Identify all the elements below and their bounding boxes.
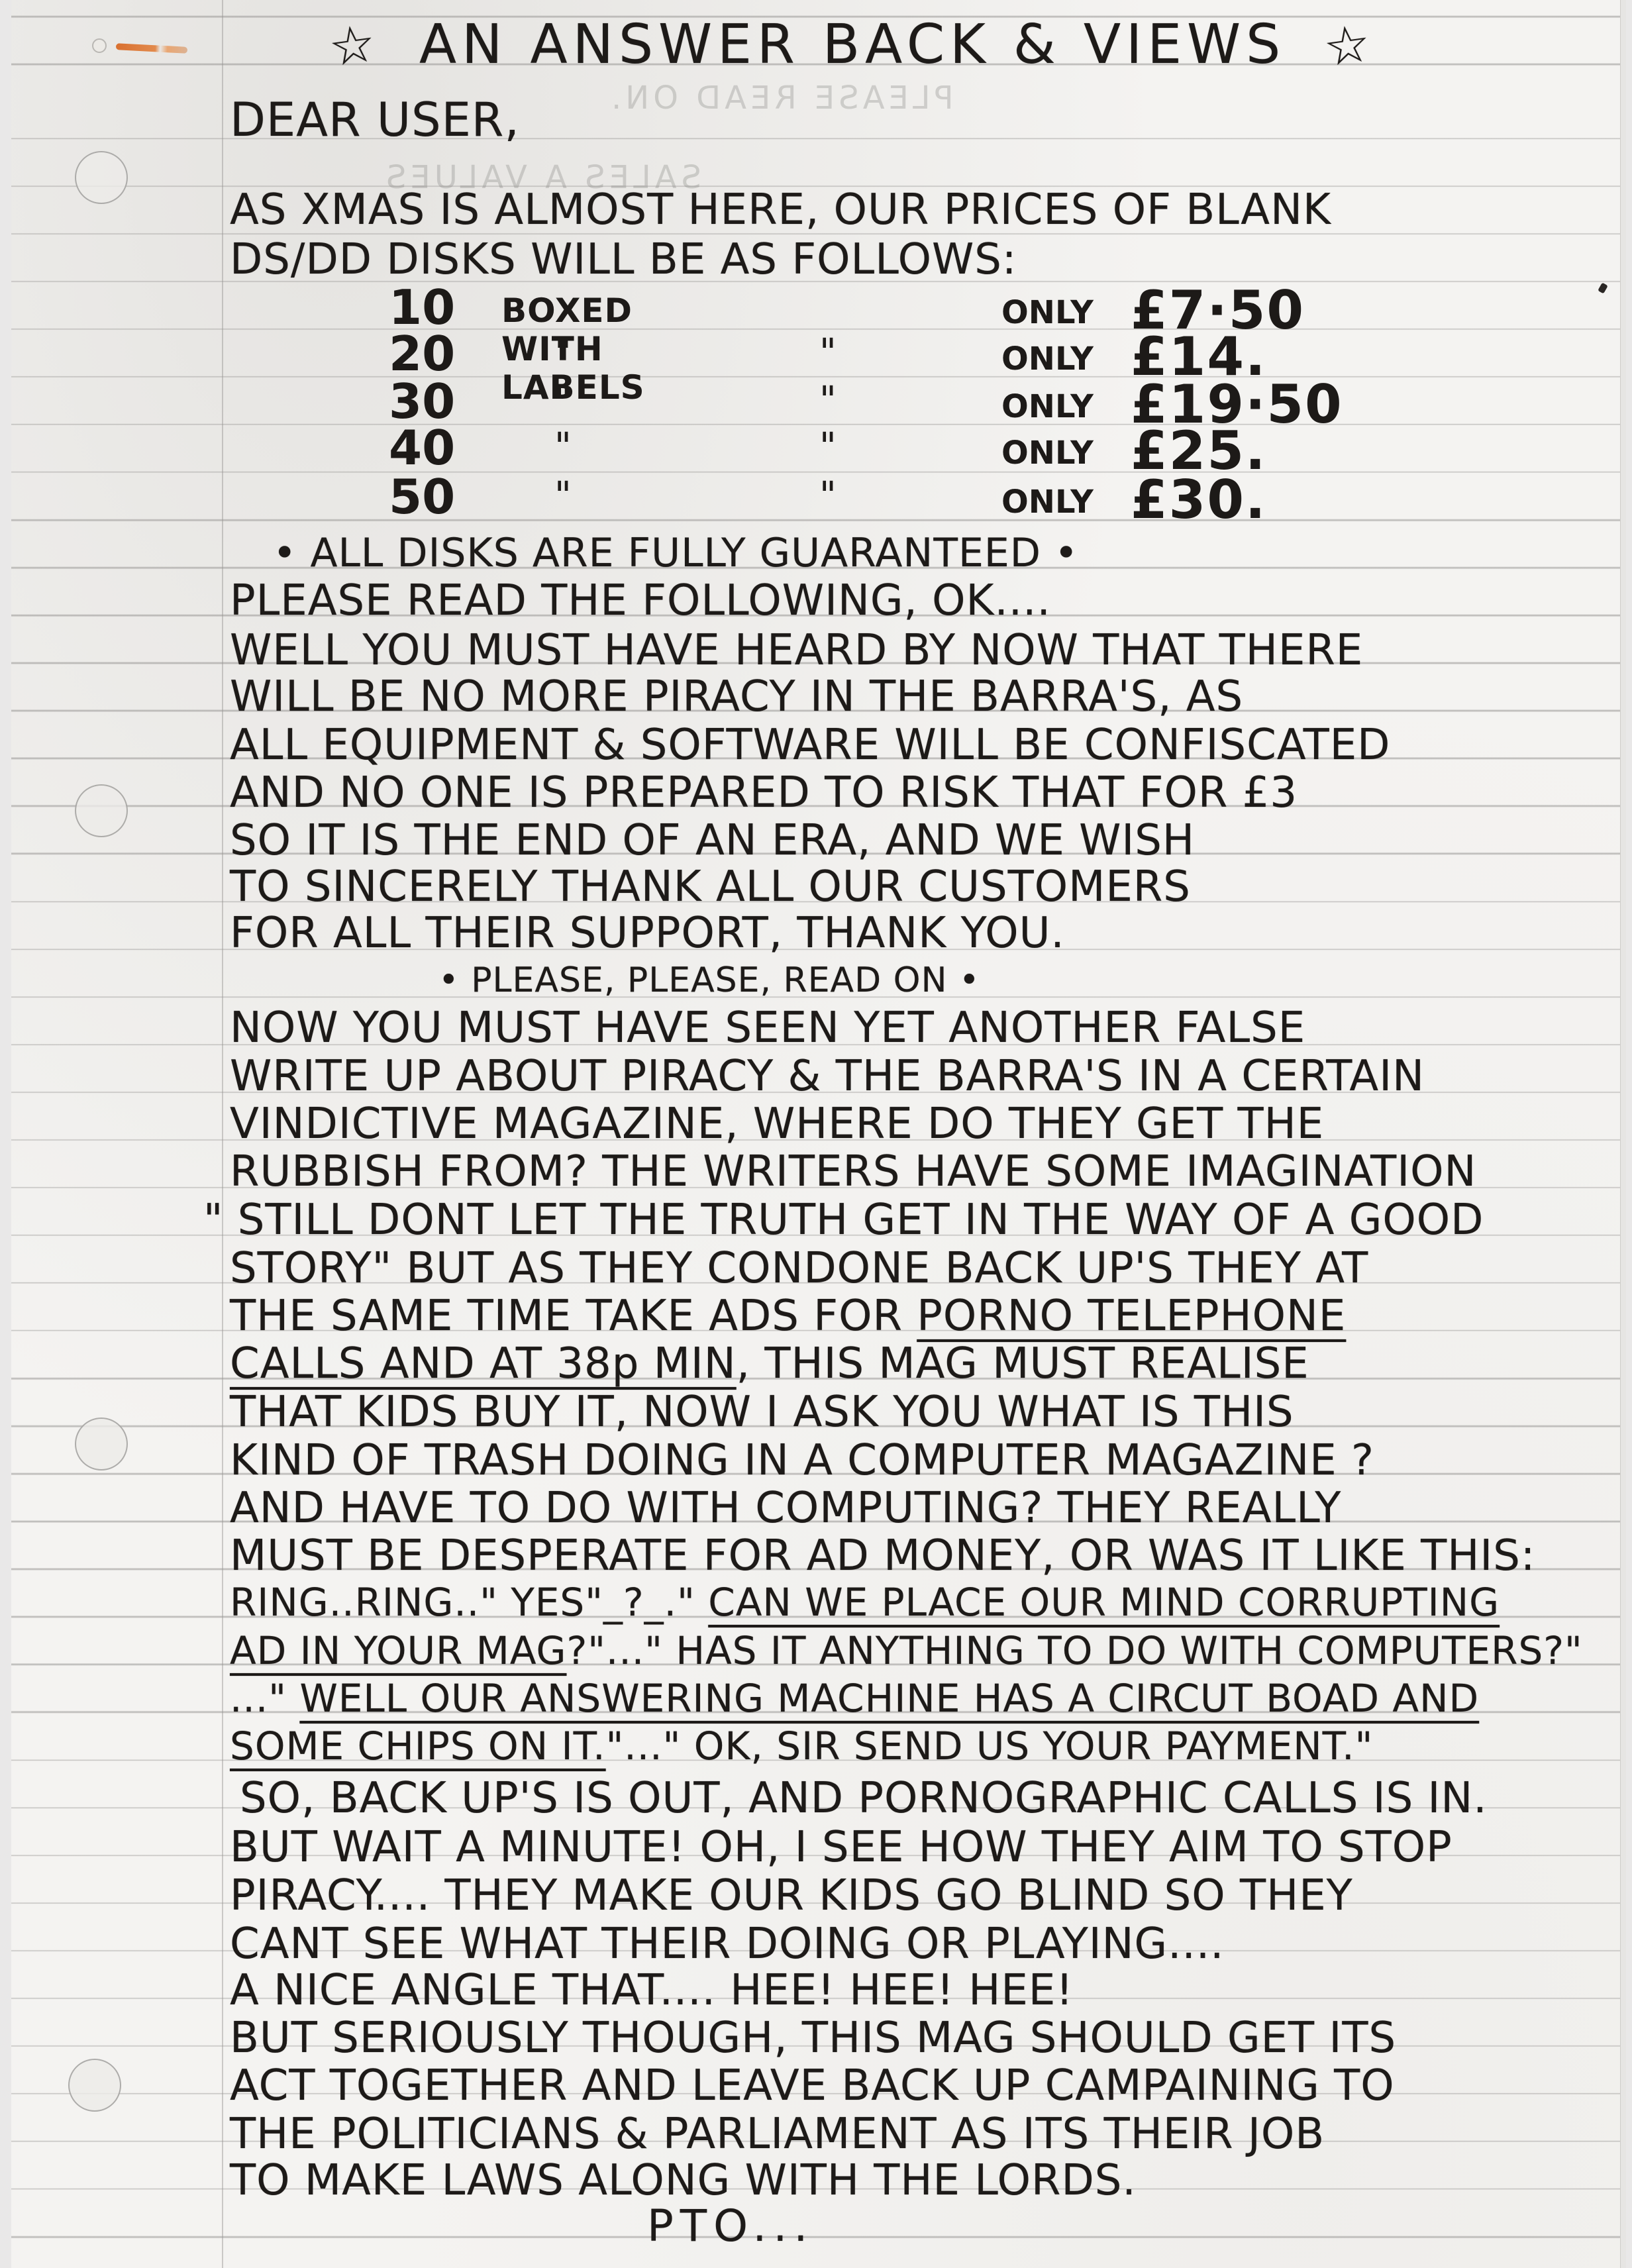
text-line: NOW YOU MUST HAVE SEEN YET ANOTHER FALSE: [230, 1004, 1305, 1053]
ditto-mark: ": [554, 379, 572, 422]
greeting: DEAR USER,: [230, 93, 520, 147]
text-line: RING..RING.." YES"_?_." CAN WE PLACE OUR…: [230, 1580, 1500, 1625]
text-span: ?"..." HAS IT ANYTHING TO DO WITH COMPUT…: [566, 1628, 1582, 1673]
text-line: " STILL DONT LET THE TRUTH GET IN THE WA…: [203, 1196, 1484, 1245]
price-quantity: 50: [389, 469, 455, 525]
text-line: PLEASE READ THE FOLLOWING, OK....: [230, 576, 1051, 625]
guarantee-note: • ALL DISKS ARE FULLY GUARANTEED •: [273, 530, 1078, 576]
notebook-page: PLEASE READ ON. SALES A VALUES ☆ AN ANSW…: [11, 0, 1626, 2268]
text-line: FOR ALL THEIR SUPPORT, THANK YOU.: [230, 909, 1065, 958]
ditto-mark: ": [819, 331, 837, 374]
text-line: BUT WAIT A MINUTE! OH, I SEE HOW THEY AI…: [230, 1823, 1453, 1872]
punch-hole-icon: [75, 784, 128, 837]
bleed-through-text: PLEASE READ ON.: [607, 79, 954, 117]
ditto-mark: ": [819, 474, 837, 517]
text-line: WRITE UP ABOUT PIRACY & THE BARRA'S IN A…: [230, 1052, 1425, 1101]
text-line: WILL BE NO MORE PIRACY IN THE BARRA'S, A…: [230, 672, 1243, 721]
intro-line: DS/DD DISKS WILL BE AS FOLLOWS:: [230, 235, 1017, 284]
punch-hole-icon: [75, 1417, 128, 1470]
read-on-note: • PLEASE, PLEASE, READ ON •: [438, 960, 980, 1000]
underlined-text: CALLS AND AT 38p MIN: [230, 1339, 737, 1388]
underlined-text: AD IN YOUR MAG: [230, 1628, 566, 1673]
text-span: THE SAME TIME TAKE ADS FOR: [230, 1292, 917, 1341]
text-line: RUBBISH FROM? THE WRITERS HAVE SOME IMAG…: [230, 1147, 1476, 1196]
text-line: KIND OF TRASH DOING IN A COMPUTER MAGAZI…: [230, 1436, 1374, 1485]
text-line: WELL YOU MUST HAVE HEARD BY NOW THAT THE…: [230, 626, 1363, 675]
text-line: ..." WELL OUR ANSWERING MACHINE HAS A CI…: [230, 1676, 1479, 1721]
text-line: PIRACY.... THEY MAKE OUR KIDS GO BLIND S…: [230, 1871, 1353, 1920]
ditto-mark: ": [819, 425, 837, 468]
underlined-text: SOME CHIPS ON IT.: [230, 1724, 606, 1769]
only-label: ONLY: [1001, 435, 1094, 472]
underlined-text: WELL OUR ANSWERING MACHINE HAS A CIRCUT …: [299, 1676, 1479, 1721]
intro-line: AS XMAS IS ALMOST HERE, OUR PRICES OF BL…: [230, 185, 1331, 234]
text-line: AND NO ONE IS PREPARED TO RISK THAT FOR …: [230, 768, 1298, 817]
margin-line: [222, 0, 223, 2268]
text-line: VINDICTIVE MAGAZINE, WHERE DO THEY GET T…: [230, 1100, 1324, 1149]
ditto-mark: ": [554, 474, 572, 517]
text-line: THE SAME TIME TAKE ADS FOR PORNO TELEPHO…: [230, 1292, 1346, 1341]
text-line: STORY" BUT AS THEY CONDONE BACK UP'S THE…: [230, 1244, 1368, 1293]
text-line: AND HAVE TO DO WITH COMPUTING? THEY REAL…: [230, 1484, 1341, 1533]
underlined-text: CAN WE PLACE OUR MIND CORRUPTING: [708, 1580, 1500, 1625]
title-text: AN ANSWER BACK & VIEWS: [419, 13, 1286, 76]
text-line: SO, BACK UP'S IS OUT, AND PORNOGRAPHIC C…: [240, 1774, 1488, 1823]
underlined-text: PORNO TELEPHONE: [917, 1292, 1346, 1341]
text-line: AD IN YOUR MAG?"..." HAS IT ANYTHING TO …: [230, 1628, 1583, 1673]
text-line: CANT SEE WHAT THEIR DOING OR PLAYING....: [230, 1920, 1225, 1969]
text-line: A NICE ANGLE THAT.... HEE! HEE! HEE!: [230, 1966, 1074, 2015]
only-label: ONLY: [1001, 484, 1094, 521]
text-line: CALLS AND AT 38p MIN, THIS MAG MUST REAL…: [230, 1339, 1309, 1388]
text-line: MUST BE DESPERATE FOR AD MONEY, OR WAS I…: [230, 1531, 1535, 1580]
text-line: TO SINCERELY THANK ALL OUR CUSTOMERS: [230, 862, 1191, 911]
ditto-mark: ": [819, 379, 837, 422]
price-value: £30.: [1131, 469, 1266, 531]
price-description: BOXED WITH LABELS: [501, 291, 645, 407]
text-span: RING..RING.." YES"_?_.": [230, 1580, 708, 1625]
text-line: ALL EQUIPMENT & SOFTWARE WILL BE CONFISC…: [230, 721, 1390, 770]
only-label: ONLY: [1001, 388, 1094, 425]
text-line: BUT SERIOUSLY THOUGH, THIS MAG SHOULD GE…: [230, 2014, 1396, 2063]
star-icon: ☆: [325, 13, 385, 79]
text-line: THE POLITICIANS & PARLIAMENT AS ITS THEI…: [230, 2110, 1325, 2159]
text-line: SOME CHIPS ON IT."..." OK, SIR SEND US Y…: [230, 1724, 1373, 1769]
text-span: "..." OK, SIR SEND US YOUR PAYMENT.": [606, 1724, 1374, 1769]
paper-edge: [1620, 0, 1626, 2268]
staple-hole-icon: [92, 38, 107, 53]
only-label: ONLY: [1001, 294, 1094, 331]
text-line: SO IT IS THE END OF AN ERA, AND WE WISH: [230, 816, 1195, 865]
only-label: ONLY: [1001, 340, 1094, 378]
punch-hole-icon: [68, 2059, 121, 2112]
ditto-mark: ": [554, 331, 572, 374]
star-icon: ☆: [1320, 13, 1380, 79]
text-line: TO MAKE LAWS ALONG WITH THE LORDS.: [230, 2156, 1137, 2205]
pto-footer: PTO...: [647, 2200, 814, 2251]
page-title: ☆ AN ANSWER BACK & VIEWS ☆: [329, 13, 1376, 76]
ditto-mark: ": [554, 425, 572, 468]
price-quantity: 40: [389, 420, 455, 476]
punch-hole-icon: [75, 151, 128, 204]
text-line: ACT TOGETHER AND LEAVE BACK UP CAMPAININ…: [230, 2061, 1395, 2110]
text-span: ...": [230, 1676, 299, 1721]
text-span: , THIS MAG MUST REALISE: [737, 1339, 1309, 1388]
text-line: THAT KIDS BUY IT, NOW I ASK YOU WHAT IS …: [230, 1388, 1294, 1437]
